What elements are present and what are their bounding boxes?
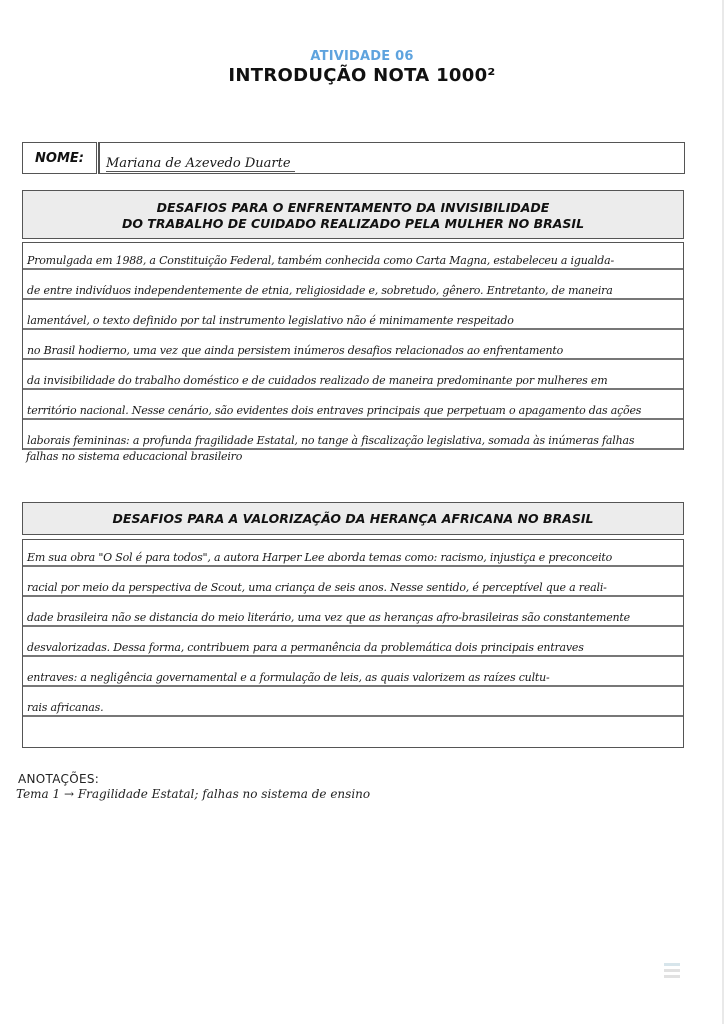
section-title: DESAFIOS PARA O ENFRENTAMENTO DA INVISIB… — [22, 190, 684, 239]
name-row: NOME: Mariana de Azevedo Duarte — [22, 142, 684, 174]
line-text: lamentável, o texto definido por tal ins… — [27, 314, 514, 327]
line-text: rais africanas. — [27, 701, 103, 714]
writing-line: Em sua obra "O Sol é para todos", a auto… — [23, 540, 683, 567]
logo-icon — [664, 963, 680, 993]
page-header: ATIVIDADE 06 INTRODUÇÃO NOTA 1000² — [0, 48, 724, 87]
section-title-line1: DESAFIOS PARA O ENFRENTAMENTO DA INVISIB… — [23, 200, 683, 216]
line-text: território nacional. Nesse cenário, são … — [27, 404, 641, 417]
writing-line: rais africanas. — [23, 690, 683, 717]
line-text: no Brasil hodierno, uma vez que ainda pe… — [27, 344, 563, 357]
line-text: racial por meio da perspectiva de Scout,… — [27, 581, 607, 594]
line-text: Promulgada em 1988, a Constituição Feder… — [27, 254, 614, 267]
section-invisibility: DESAFIOS PARA O ENFRENTAMENTO DA INVISIB… — [22, 190, 684, 463]
writing-line — [23, 720, 683, 747]
annotations: ANOTAÇÕES: Tema 1 → Fragilidade Estatal;… — [18, 772, 370, 802]
page-title: INTRODUÇÃO NOTA 1000² — [0, 65, 724, 87]
writing-line: de entre indivíduos independentemente de… — [23, 273, 683, 300]
name-field[interactable]: Mariana de Azevedo Duarte — [98, 142, 685, 174]
name-label: NOME: — [22, 142, 97, 174]
line-text: Em sua obra "O Sol é para todos", a auto… — [27, 551, 612, 564]
annotations-text: Tema 1 → Fragilidade Estatal; falhas no … — [16, 786, 370, 802]
writing-line: dade brasileira não se distancia do meio… — [23, 600, 683, 627]
line-text: dade brasileira não se distancia do meio… — [27, 611, 630, 624]
name-value: Mariana de Azevedo Duarte — [106, 156, 295, 172]
section-title-line2: DO TRABALHO DE CUIDADO REALIZADO PELA MU… — [23, 216, 683, 232]
line-text: entraves: a negligência governamental e … — [27, 671, 550, 684]
line-text: da invisibilidade do trabalho doméstico … — [27, 374, 607, 387]
annotations-label: ANOTAÇÕES: — [18, 772, 370, 786]
writing-area[interactable]: Promulgada em 1988, a Constituição Feder… — [22, 242, 684, 450]
overflow-line: falhas no sistema educacional brasileiro — [22, 450, 684, 463]
line-text: desvalorizadas. Dessa forma, contribuem … — [27, 641, 584, 654]
writing-line: no Brasil hodierno, uma vez que ainda pe… — [23, 333, 683, 360]
section-title: DESAFIOS PARA A VALORIZAÇÃO DA HERANÇA A… — [22, 502, 684, 535]
writing-line: laborais femininas: a profunda fragilida… — [23, 423, 683, 450]
writing-area[interactable]: Em sua obra "O Sol é para todos", a auto… — [22, 539, 684, 748]
writing-line: desvalorizadas. Dessa forma, contribuem … — [23, 630, 683, 657]
section-african-heritage: DESAFIOS PARA A VALORIZAÇÃO DA HERANÇA A… — [22, 502, 684, 748]
writing-line: racial por meio da perspectiva de Scout,… — [23, 570, 683, 597]
writing-line: Promulgada em 1988, a Constituição Feder… — [23, 243, 683, 270]
writing-line: da invisibilidade do trabalho doméstico … — [23, 363, 683, 390]
line-text: de entre indivíduos independentemente de… — [27, 284, 613, 297]
activity-label: ATIVIDADE 06 — [0, 48, 724, 65]
writing-line: lamentável, o texto definido por tal ins… — [23, 303, 683, 330]
writing-line: território nacional. Nesse cenário, são … — [23, 393, 683, 420]
writing-line: entraves: a negligência governamental e … — [23, 660, 683, 687]
line-text: laborais femininas: a profunda fragilida… — [27, 434, 634, 447]
